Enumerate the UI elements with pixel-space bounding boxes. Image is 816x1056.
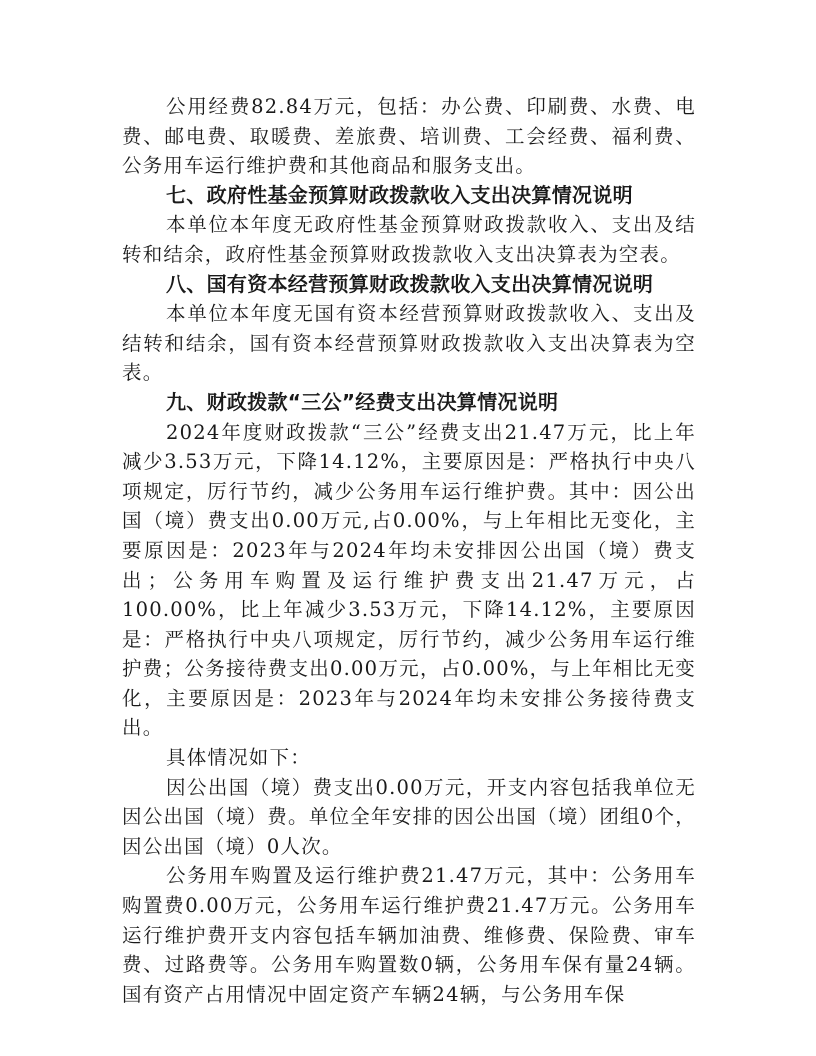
- heading-section-9: 九、财政拨款“三公”经费支出决算情况说明: [122, 388, 696, 418]
- paragraph-details-intro: 具体情况如下：: [122, 743, 696, 773]
- document-page: 公用经费82.84万元，包括：办公费、印刷费、水费、电费、邮电费、取暖费、差旅费…: [122, 92, 696, 1009]
- paragraph-public-expenses: 公用经费82.84万元，包括：办公费、印刷费、水费、电费、邮电费、取暖费、差旅费…: [122, 92, 696, 181]
- heading-section-8: 八、国有资本经营预算财政拨款收入支出决算情况说明: [122, 270, 696, 300]
- heading-section-7: 七、政府性基金预算财政拨款收入支出决算情况说明: [122, 181, 696, 211]
- paragraph-overseas-travel: 因公出国（境）费支出0.00万元，开支内容包括我单位无因公出国（境）费。单位全年…: [122, 773, 696, 862]
- paragraph-three-public-summary: 2024年度财政拨款“三公”经费支出21.47万元，比上年减少3.53万元，下降…: [122, 418, 696, 744]
- paragraph-official-vehicles: 公务用车购置及运行维护费21.47万元，其中：公务用车购置费0.00万元，公务用…: [122, 861, 696, 1009]
- paragraph-gov-fund: 本单位本年度无政府性基金预算财政拨款收入、支出及结转和结余，政府性基金预算财政拨…: [122, 210, 696, 269]
- paragraph-state-capital: 本单位本年度无国有资本经营预算财政拨款收入、支出及结转和结余，国有资本经营预算财…: [122, 299, 696, 388]
